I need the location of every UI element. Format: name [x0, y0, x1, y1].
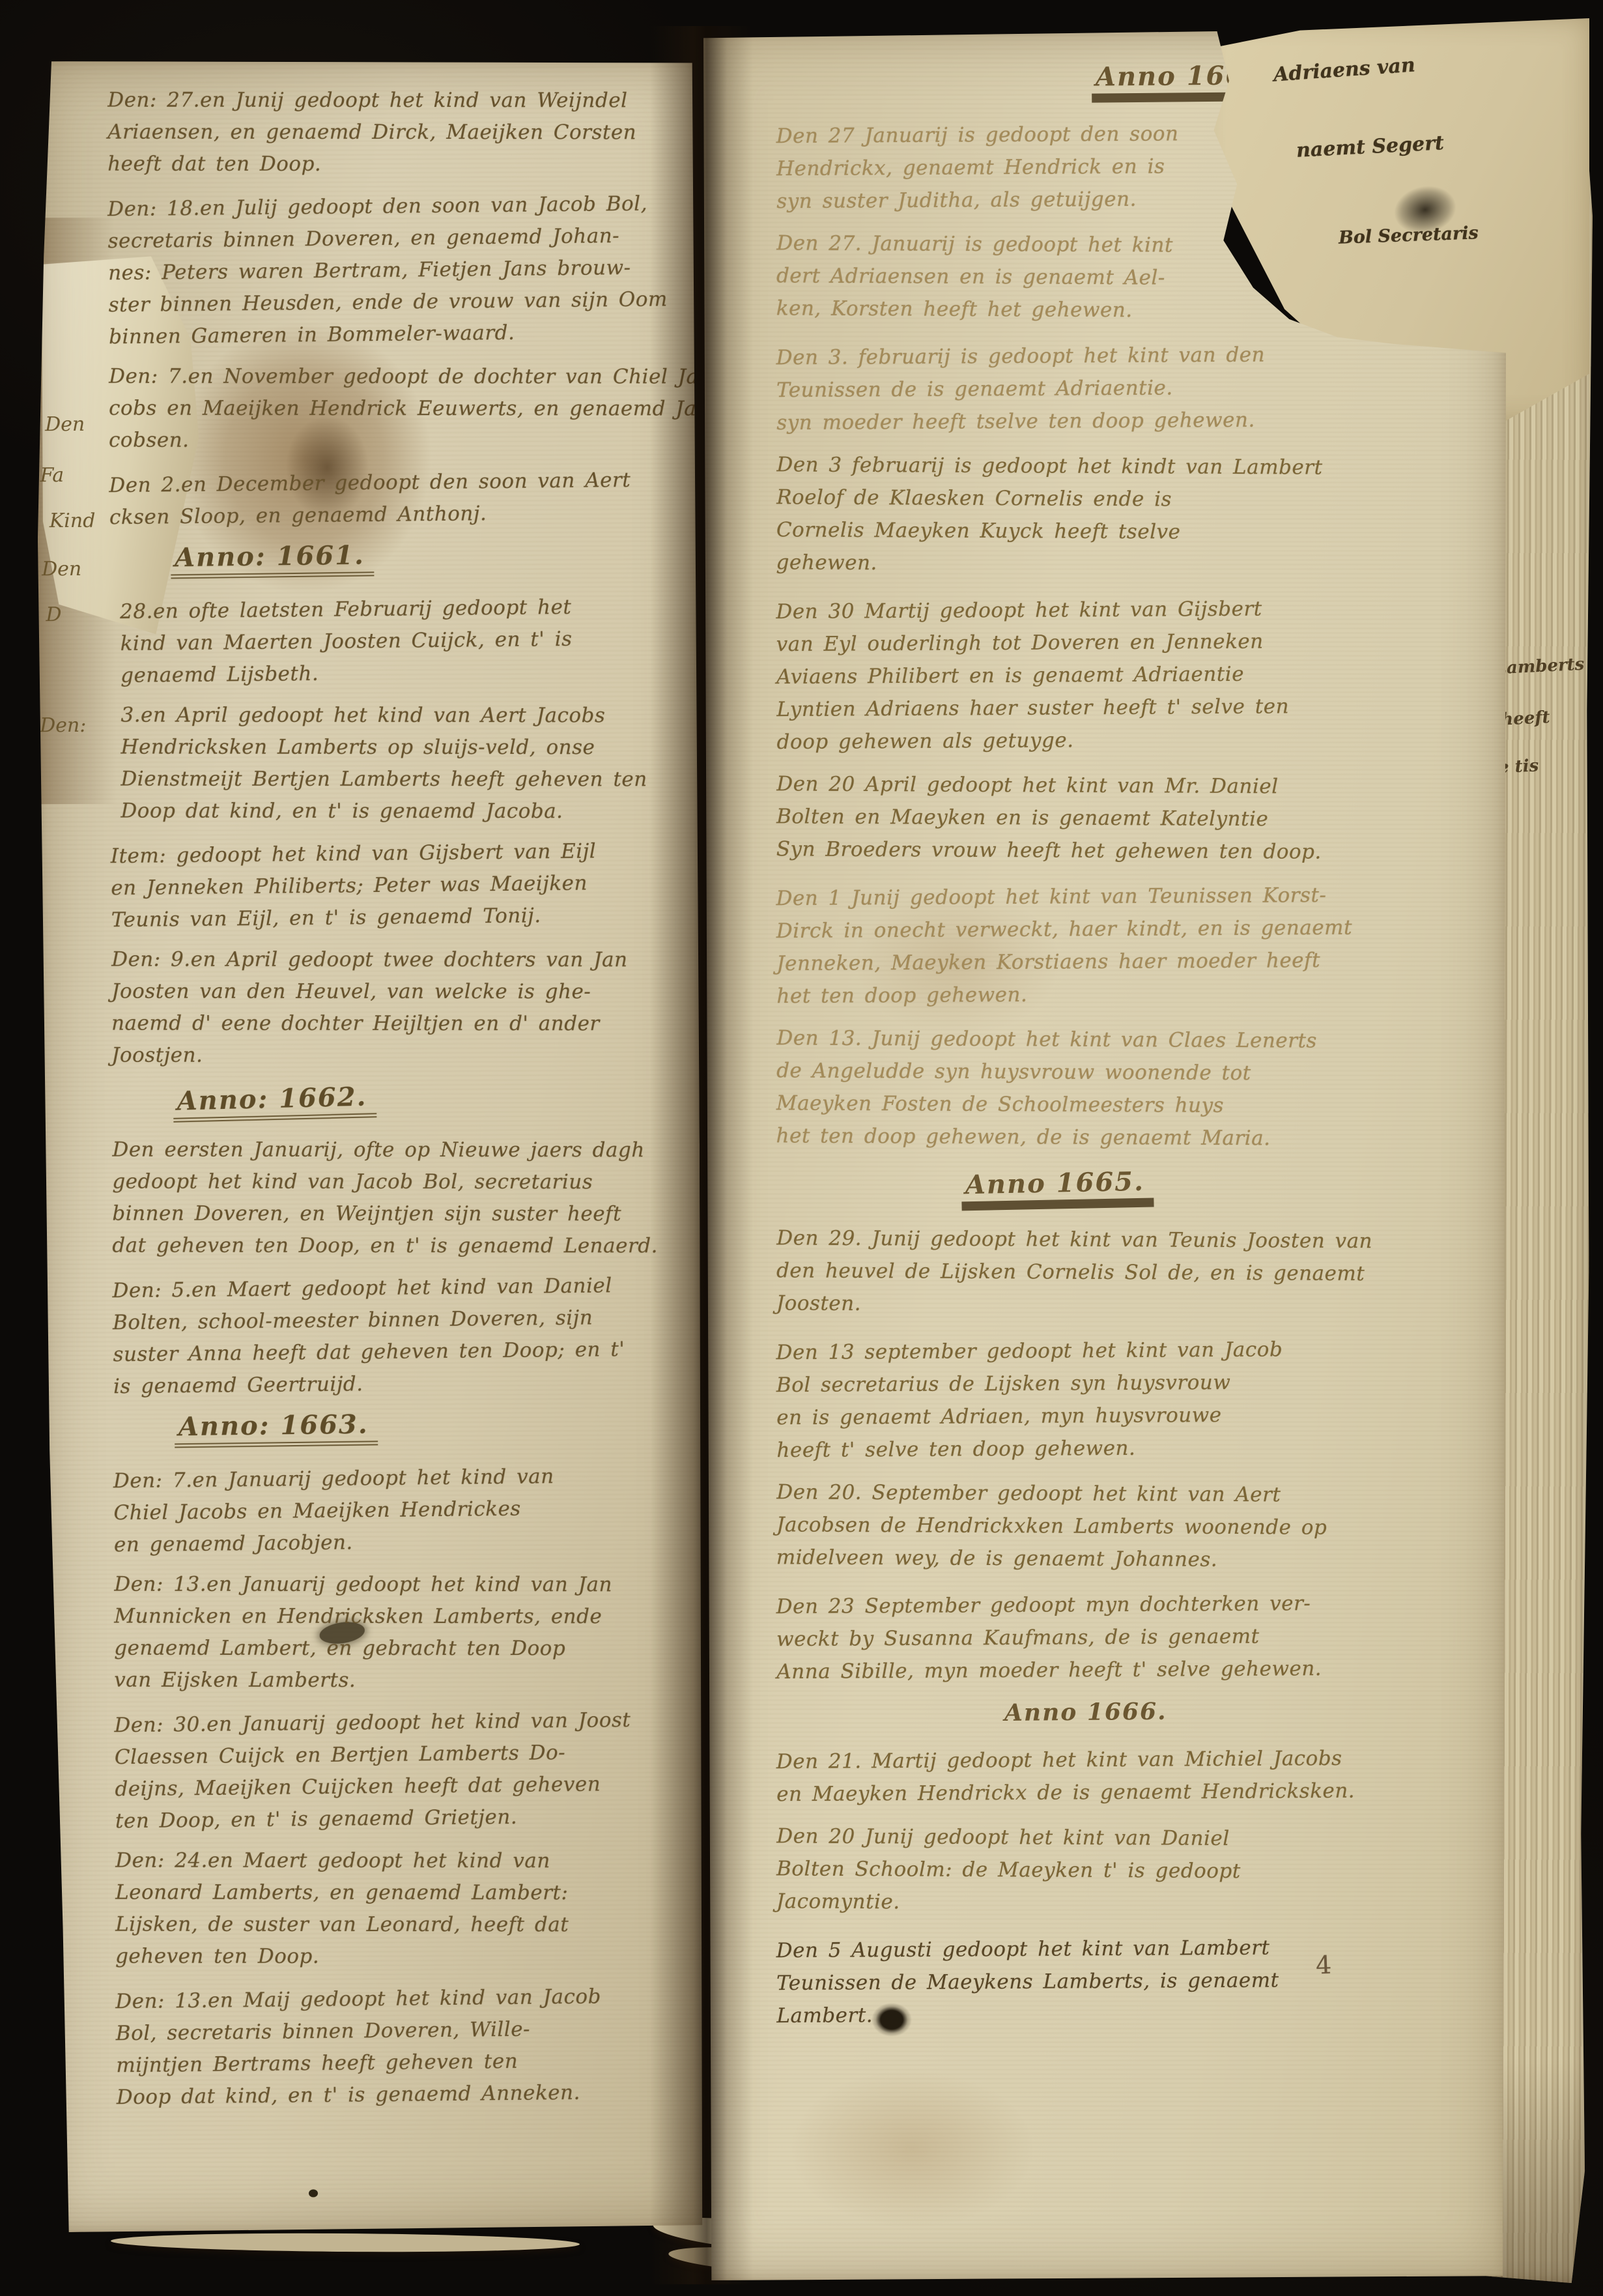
entry-line: Den: 9.en April gedoopt twee dochters va…: [111, 944, 679, 977]
damaged-text-fragment: Fa: [40, 464, 64, 487]
register-block: Den: 7.en November gedoopt de dochter va…: [79, 361, 677, 457]
entry-line: Bolten Schoolm: de Maeyken t' is gedoopt: [776, 1852, 1460, 1888]
entry-line: Joostjen.: [111, 1040, 679, 1072]
entry-line: doop gehewen als getuyge.: [776, 722, 1460, 758]
entry-line: Den 21. Martij gedoopt het kint van Mich…: [776, 1742, 1460, 1778]
entry-line: Anna Sibille, myn moeder heeft t' selve …: [776, 1652, 1460, 1688]
damaged-text-fragment: Kind: [50, 509, 96, 532]
left-page: Den: 27.en Junij gedoopt het kind van We…: [36, 59, 705, 2232]
entry-line: Den 20. September gedoopt het kint van A…: [776, 1476, 1460, 1512]
page-number: 4: [1315, 1951, 1332, 1980]
register-block: Den 5 Augusti gedoopt het kint van Lambe…: [766, 1930, 1461, 2033]
register-block: Den: 13.en Januarij gedoopt het kind van…: [84, 1569, 682, 1697]
entry-line: Ariaensen, en genaemd Dirck, Maeijken Co…: [107, 117, 675, 149]
entry-line: Lijsken, de suster van Leonard, heeft da…: [115, 1909, 683, 1942]
entry-line: Den 5 Augusti gedoopt het kint van Lambe…: [776, 1930, 1460, 1967]
register-block: Den 2.en December gedoopt den soon van A…: [79, 464, 677, 534]
entry-line: Den 3 februarij is gedoopt het kindt van…: [776, 448, 1460, 484]
register-block: Den 30 Martij gedoopt het kint van Gijsb…: [765, 592, 1461, 759]
entry-line: suster Anna heeft dat geheven ten Doop; …: [113, 1333, 681, 1371]
entry-line: dat geheven ten Doop, en t' is genaemd L…: [112, 1230, 680, 1263]
entry-line: cobsen.: [109, 425, 677, 457]
register-block: Den: 30.en Januarij gedoopt het kind van…: [84, 1704, 683, 1838]
entry-line: Den 23 September gedoopt myn dochterken …: [776, 1586, 1460, 1623]
register-block: Den: 18.en Julij gedoopt den soon van Ja…: [78, 188, 677, 354]
entry-line: cobs en Maeijken Hendrick Eeuwerts, en g…: [109, 393, 677, 425]
entry-line: Teunis van Eijl, en t' is genaemd Tonij.: [111, 898, 679, 936]
year-heading: Anno 1666.: [1000, 1698, 1176, 1728]
register-block: Anno 1666.: [1000, 1698, 1460, 1729]
entry-line: naemd d' eene dochter Heijltjen en d' an…: [111, 1008, 679, 1040]
register-block: Den 29. Junij gedoopt het kint van Teuni…: [766, 1222, 1461, 1323]
entry-line: Den 20 April gedoopt het kint van Mr. Da…: [776, 768, 1460, 803]
entry-line: Doop dat kind, en t' is genaemd Jacoba.: [121, 796, 678, 828]
entry-line: Den: 7.en November gedoopt de dochter va…: [109, 361, 677, 394]
register-block: Anno: 1661.: [171, 541, 677, 578]
entry-line: Joosten.: [776, 1287, 1460, 1323]
entry-line: het ten doop gehewen, de is genaemt Mari…: [776, 1119, 1460, 1155]
entry-line: Teunissen de is genaemt Adriaentie.: [776, 370, 1460, 407]
entry-line: Den 29. Junij gedoopt het kint van Teuni…: [776, 1222, 1460, 1257]
entry-line: en genaemd Jacobjen.: [114, 1523, 682, 1561]
entry-line: Teunissen de Maeykens Lamberts, is genae…: [776, 1963, 1460, 2000]
entry-line: Lambert.: [776, 1996, 1460, 2032]
entry-line: Dienstmeijt Bertjen Lamberts heeft gehev…: [121, 764, 678, 796]
entry-line: 3.en April gedoopt het kind van Aert Jac…: [121, 700, 678, 732]
entry-line: ster binnen Heusden, ende de vrouw van s…: [108, 283, 676, 321]
register-block: Den 20 April gedoopt het kint van Mr. Da…: [766, 768, 1461, 869]
register-block: Den: 5.en Maert gedoopt het kind van Dan…: [82, 1269, 681, 1403]
register-block: Den 1 Junij gedoopt het kint van Teuniss…: [765, 878, 1460, 1013]
entry-line: en Maeyken Hendrickx de is genaemt Hendr…: [776, 1774, 1460, 1811]
damaged-text-fragment: Den:: [40, 714, 86, 737]
year-heading: Anno: 1663.: [175, 1409, 378, 1448]
register-block: Anno 1665.: [961, 1166, 1460, 1210]
entry-line: Munnicken en Hendricksken Lamberts, ende: [114, 1601, 682, 1633]
entry-line: Bolten en Maeyken en is genaemt Katelynt…: [776, 800, 1460, 836]
entry-line: is genaemd Geertruijd.: [113, 1365, 681, 1403]
entry-line: syn moeder heeft tselve ten doop gehewen…: [776, 403, 1460, 439]
entry-line: Leonard Lamberts, en genaemd Lambert:: [115, 1877, 683, 1910]
entry-line: Aviaens Philibert en is genaemt Adriaent…: [776, 657, 1460, 693]
register-block: Den 13 september gedoopt het kint van Ja…: [765, 1332, 1460, 1467]
marginalia-note: naemt Segert: [1296, 132, 1444, 162]
manuscript-scan: Lambertsheefte tis Adriaens vannaemt Seg…: [0, 0, 1603, 2296]
register-block: 28.en ofte laetsten Februarij gedoopt he…: [79, 590, 678, 693]
entry-line: den heuvel de Lijsken Cornelis Sol de, e…: [776, 1254, 1460, 1290]
entry-line: binnen Gameren in Bommeler-waard.: [109, 315, 677, 353]
register-block: 3.en April gedoopt het kind van Aert Jac…: [80, 700, 678, 828]
entry-line: gedoopt het kind van Jacob Bol, secretar…: [112, 1166, 680, 1199]
entry-line: Dirck in onecht verweckt, haer kindt, en…: [776, 911, 1460, 947]
register-block: Den 20 Junij gedoopt het kint van Daniel…: [766, 1820, 1461, 1921]
register-block: Den: 24.en Maert gedoopt het kind vanLeo…: [85, 1845, 683, 1973]
damaged-text-fragment: Den: [42, 558, 81, 581]
register-block: Den: 13.en Maij gedoopt het kind van Jac…: [85, 1980, 685, 2114]
entry-line: van Eijsken Lamberts.: [114, 1665, 682, 1697]
register-block: Den 21. Martij gedoopt het kint van Mich…: [766, 1742, 1461, 1811]
entry-line: Hendricksken Lamberts op sluijs-veld, on…: [121, 732, 678, 764]
register-block: Den 3. februarij is gedoopt het kint van…: [766, 337, 1461, 440]
register-block: Den 20. September gedoopt het kint van A…: [766, 1476, 1461, 1577]
entry-line: Den: 24.en Maert gedoopt het kind van: [115, 1845, 683, 1878]
right-page: Anno 1664. Den 27 Januarij is gedoopt de…: [703, 31, 1506, 2280]
entry-line: binnen Doveren, en Weijntjen sijn suster…: [112, 1198, 680, 1231]
entry-line: Jacomyntie.: [776, 1885, 1460, 1921]
entry-line: Den 13 september gedoopt het kint van Ja…: [776, 1332, 1460, 1369]
register-block: Den 23 September gedoopt myn dochterken …: [766, 1586, 1461, 1689]
entry-line: Cornelis Maeyken Kuyck heeft tselve: [776, 513, 1460, 549]
damaged-text-fragment: D: [46, 603, 61, 626]
entry-line: cksen Sloop, en genaemd Anthonj.: [109, 496, 677, 534]
entry-line: Den eersten Januarij, ofte op Nieuwe jae…: [112, 1134, 680, 1167]
entry-line: het ten doop gehewen.: [776, 976, 1460, 1012]
entry-line: Den 13. Junij gedoopt het kint van Claes…: [776, 1022, 1460, 1057]
entry-line: Doop dat kind, en t' is genaemd Anneken.: [117, 2076, 685, 2114]
entry-line: heeft dat ten Doop.: [107, 149, 675, 181]
year-heading: Anno: 1661.: [171, 539, 375, 579]
entry-line: Maeyken Fosten de Schoolmeesters huys: [776, 1087, 1460, 1123]
entry-line: genaemd Lijsbeth.: [121, 654, 678, 692]
entry-line: Den: 30.en Januarij gedoopt het kind van…: [114, 1704, 682, 1742]
register-block: Den: 9.en April gedoopt twee dochters va…: [81, 944, 679, 1072]
entry-line: Joosten van den Heuvel, van welcke is gh…: [111, 976, 679, 1009]
entry-line: Den 1 Junij gedoopt het kint van Teuniss…: [776, 878, 1460, 915]
register-block: Den 13. Junij gedoopt het kint van Claes…: [765, 1022, 1460, 1156]
entry-line: van Eyl ouderlingh tot Doveren en Jennek…: [776, 624, 1460, 661]
register-block: Den: 27.en Junij gedoopt het kind van We…: [78, 85, 675, 181]
entry-line: Jenneken, Maeyken Korstiaens haer moeder…: [776, 943, 1460, 980]
entry-line: heeft t' selve ten doop gehewen.: [776, 1430, 1460, 1467]
entry-line: Jacobsen de Hendrickxken Lamberts woonen…: [776, 1508, 1460, 1544]
entry-line: gehewen.: [776, 546, 1460, 582]
entry-line: Den 2.en December gedoopt den soon van A…: [109, 464, 677, 502]
register-block: Den eersten Januarij, ofte op Nieuwe jae…: [82, 1134, 680, 1263]
entry-line: weckt by Susanna Kaufmans, de is genaemt: [776, 1619, 1460, 1656]
entry-line: Den: 13.en Maij gedoopt het kind van Jac…: [115, 1980, 683, 2018]
entry-line: Den: 27.en Junij gedoopt het kind van We…: [107, 85, 675, 117]
damaged-text-fragments: DenFaKindDenDDen:: [38, 413, 124, 779]
entry-line: Den: 5.en Maert gedoopt het kind van Dan…: [112, 1269, 680, 1307]
entry-line: midelveen wey, de is genaemt Johannes.: [776, 1541, 1460, 1577]
entry-line: Den: 13.en Januarij gedoopt het kind van…: [114, 1569, 682, 1601]
entry-line: Den 3. februarij is gedoopt het kint van…: [776, 337, 1460, 374]
page-edge-curl: [111, 2231, 580, 2253]
register-block: Item: gedoopt het kind van Gijsbert van …: [81, 835, 679, 937]
entry-line: deijns, Maeijken Cuijcken heeft dat gehe…: [115, 1768, 683, 1805]
entry-line: Bol secretarius de Lijsken syn huysvrouw: [776, 1365, 1460, 1401]
register-block: Den: 7.en Januarij gedoopt het kind vanC…: [83, 1459, 682, 1562]
year-heading: Anno 1665.: [961, 1166, 1154, 1211]
fore-edge-note: heeft: [1501, 708, 1551, 730]
year-heading: Anno: 1662.: [173, 1081, 376, 1123]
register-block: Anno: 1662.: [173, 1080, 680, 1121]
marginalia-note: Adriaens van: [1273, 53, 1416, 86]
entry-line: Den 30 Martij gedoopt het kint van Gijsb…: [776, 592, 1460, 628]
entry-line: de Angeludde syn huysvrouw woonende tot: [776, 1054, 1460, 1090]
entry-line: ten Doop, en t' is genaemd Grietjen.: [115, 1800, 683, 1837]
register-block: Den 3 februarij is gedoopt het kindt van…: [765, 448, 1460, 582]
entry-line: Item: gedoopt het kind van Gijsbert van …: [111, 835, 679, 872]
entry-line: Roelof de Klaesken Cornelis ende is: [776, 481, 1460, 517]
entry-line: kind van Maerten Joosten Cuijck, en t' i…: [120, 622, 677, 660]
entry-line: Syn Broeders vrouw heeft het gehewen ten…: [776, 833, 1460, 868]
entry-line: Lyntien Adriaens haer suster heeft t' se…: [776, 689, 1460, 726]
entry-line: en is genaemt Adriaen, myn huysvrouwe: [776, 1398, 1460, 1434]
entry-line: geheven ten Doop.: [115, 1941, 683, 1973]
entry-line: 28.en ofte laetsten Februarij gedoopt he…: [120, 590, 677, 628]
damaged-text-fragment: Den: [45, 413, 85, 436]
register-block: Anno: 1663.: [175, 1410, 681, 1447]
entry-line: Den 20 Junij gedoopt het kint van Daniel: [776, 1820, 1460, 1856]
fore-edge-note: Lamberts: [1494, 655, 1585, 679]
entry-line: genaemd Lambert, en gebracht ten Doop: [114, 1633, 682, 1665]
